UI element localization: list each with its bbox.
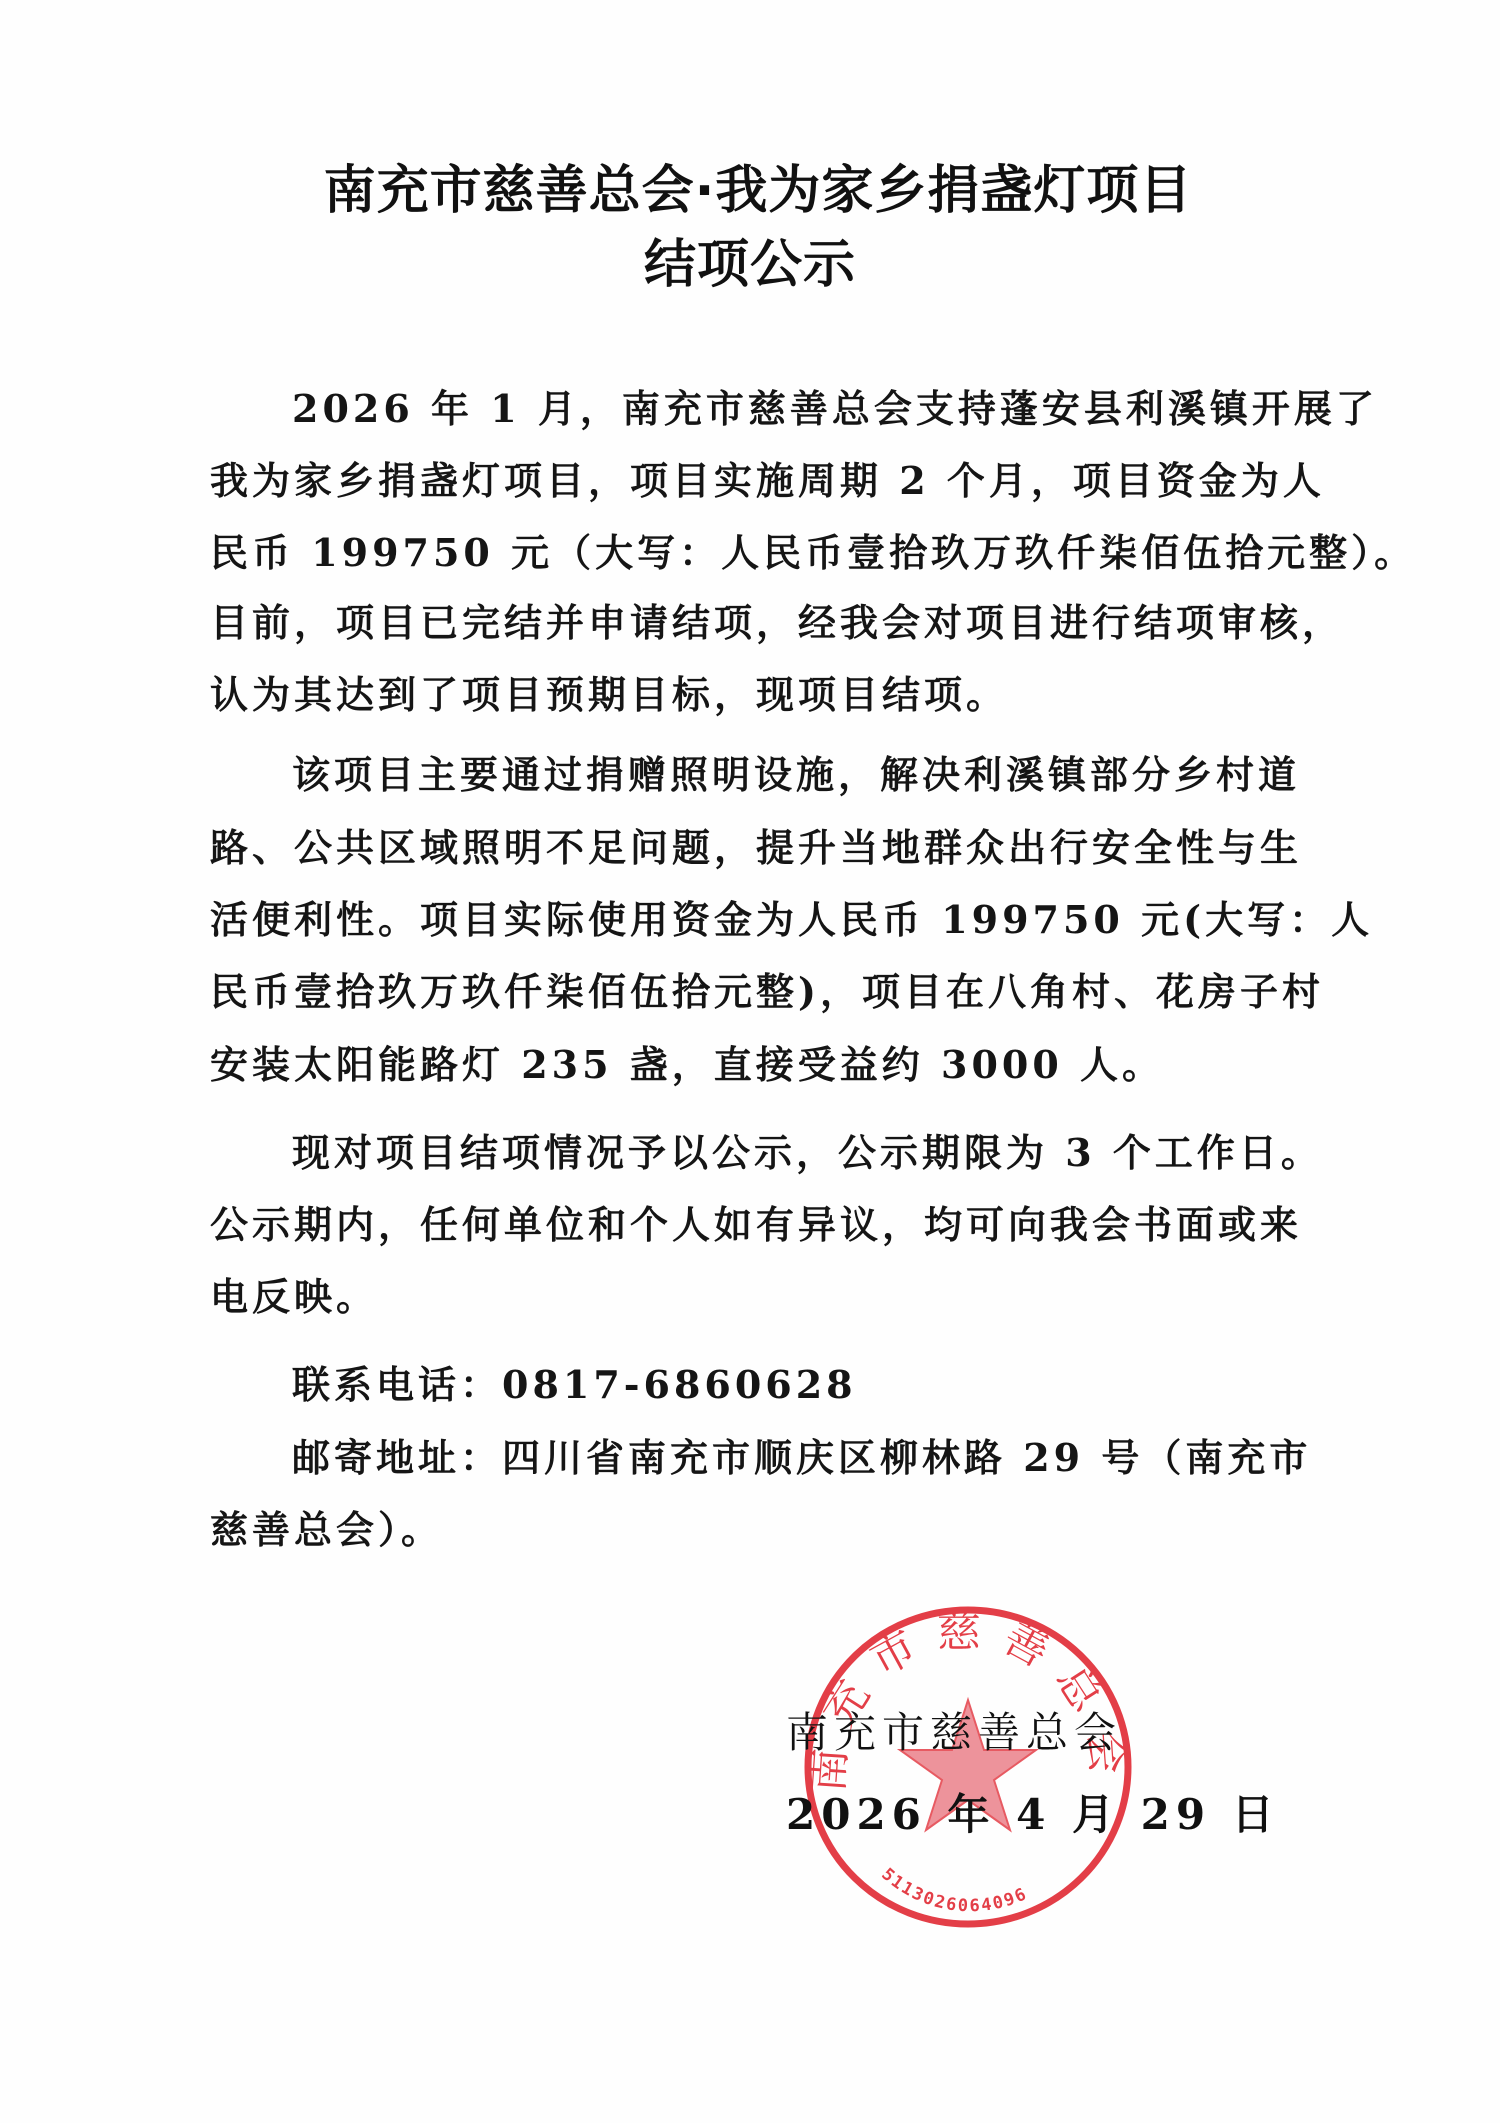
text-line: 现对项目结项情况予以公示，公示期限为 3 个工作日。 <box>292 1130 1323 1176</box>
text-line: 2026 年 1 月，南充市慈善总会支持蓬安县利溪镇开展了 <box>292 386 1378 432</box>
contact-address-line-2: 慈善总会）。 <box>210 1507 443 1553</box>
text-line: 活便利性。项目实际使用资金为人民币 199750 元(大写：人 <box>210 897 1373 943</box>
text-line: 目前，项目已完结并申请结项，经我会对项目进行结项审核， <box>210 600 1344 646</box>
text-line: 安装太阳能路灯 235 盏，直接受益约 3000 人。 <box>210 1042 1164 1088</box>
contact-address-line-1: 邮寄地址：四川省南充市顺庆区柳林路 29 号（南充市 <box>292 1435 1311 1481</box>
text-line: 该项目主要通过捐赠照明设施，解决利溪镇部分乡村道 <box>292 752 1300 798</box>
text-line: 公示期内，任何单位和个人如有异议，均可向我会书面或来 <box>210 1202 1302 1248</box>
text-line: 我为家乡捐盏灯项目，项目实施周期 2 个月，项目资金为人 <box>210 458 1325 504</box>
signature-date: 2026 年 4 月 29 日 <box>786 1782 1280 1842</box>
text-line: 电反映。 <box>210 1274 378 1320</box>
contact-phone: 联系电话：0817-6860628 <box>292 1362 857 1408</box>
signature-organization: 南充市慈善总会 <box>786 1700 1122 1760</box>
document-title-line-2: 结项公示 <box>0 222 1500 297</box>
document-title-line-1: 南充市慈善总会·我为家乡捐盏灯项目 <box>8 148 1500 223</box>
document-page: 南充市慈善总会·我为家乡捐盏灯项目 结项公示 2026 年 1 月，南充市慈善总… <box>0 0 1500 2123</box>
official-seal-stamp: 南充市慈善总会 5113026064096 <box>800 1602 1136 1932</box>
text-line: 认为其达到了项目预期目标，现项目结项。 <box>210 672 1008 718</box>
text-line: 路、公共区域照明不足问题，提升当地群众出行安全性与生 <box>210 825 1302 871</box>
text-line: 民币壹拾玖万玖仟柒佰伍拾元整)，项目在八角村、花房子村 <box>210 969 1324 1015</box>
text-line: 民币 199750 元（大写：人民币壹拾玖万玖仟柒佰伍拾元整）。 <box>210 530 1416 576</box>
